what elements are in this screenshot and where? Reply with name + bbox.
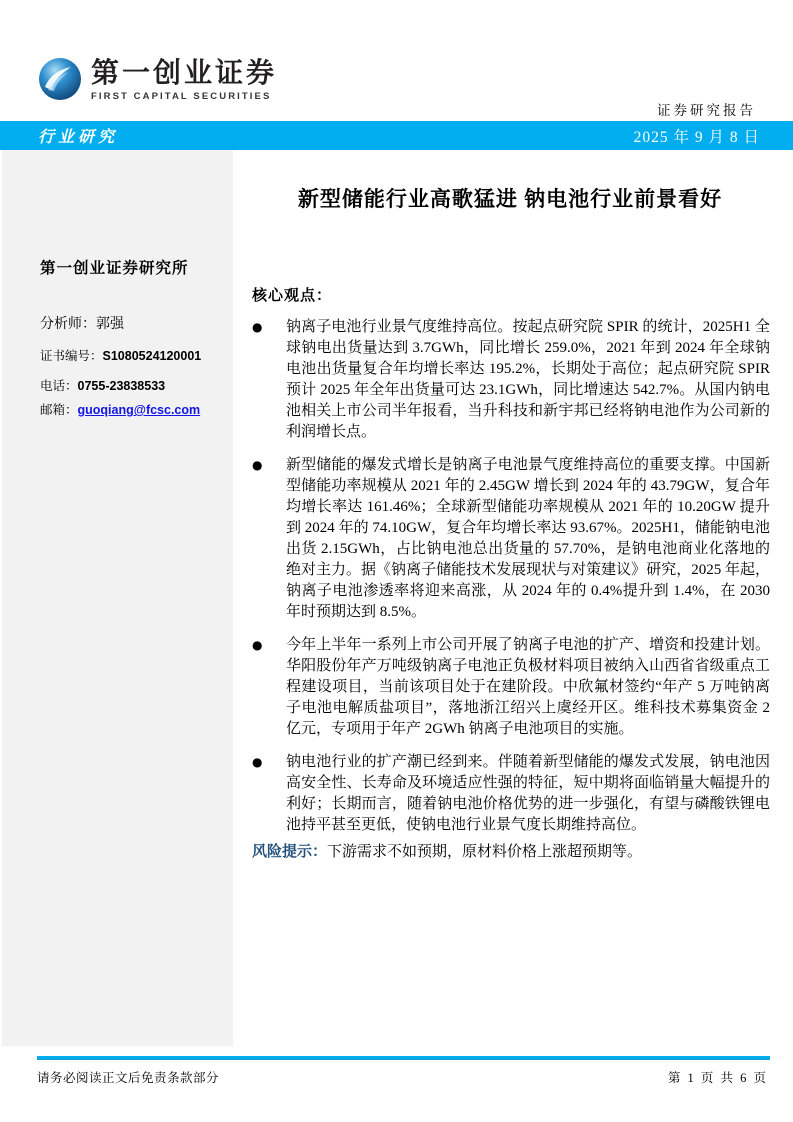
phone-number: 0755-23838533 <box>78 379 166 393</box>
company-logo: 第一创业证券 FIRST CAPITAL SECURITIES <box>38 57 277 102</box>
cert-number: S1080524120001 <box>103 349 202 363</box>
list-item: ● 钠离子电池行业景气度维持高位。按起点研究院 SPIR 的统计，2025H1 … <box>252 317 770 443</box>
analyst-sidebar: 第一创业证券研究所 分析师：郭强 证书编号：S1080524120001 电话：… <box>2 150 233 1046</box>
bullet-text: 新型储能的爆发式增长是钠离子电池景气度维持高位的重要支撑。中国新型储能功率规模从… <box>286 455 770 623</box>
bullet-text: 今年上半年一系列上市公司开展了钠离子电池的扩产、增资和投建计划。华阳股份年产万吨… <box>286 635 770 740</box>
bullet-icon: ● <box>252 455 286 623</box>
email-label: 邮箱： <box>40 403 78 417</box>
list-item: ● 新型储能的爆发式增长是钠离子电池景气度维持高位的重要支撑。中国新型储能功率规… <box>252 455 770 623</box>
category-label: 行业研究 <box>38 124 118 147</box>
analyst-name: 郭强 <box>96 317 124 332</box>
phone-label: 电话： <box>40 379 78 393</box>
logo-wordmark: 第一创业证券 FIRST CAPITAL SECURITIES <box>91 57 277 102</box>
risk-label: 风险提示： <box>252 844 327 860</box>
list-item: ● 今年上半年一系列上市公司开展了钠离子电池的扩产、增资和投建计划。华阳股份年产… <box>252 635 770 740</box>
analyst-email-link[interactable]: guoqiang@fcsc.com <box>78 403 201 417</box>
email-line: 邮箱：guoqiang@fcsc.com <box>40 400 200 418</box>
cert-label: 证书编号： <box>40 349 103 363</box>
report-title: 新型储能行业高歌猛进 钠电池行业前景看好 <box>250 183 770 213</box>
footer-divider <box>37 1056 770 1060</box>
report-type-label: 证券研究报告 <box>657 99 756 119</box>
institute-name: 第一创业证券研究所 <box>40 256 189 278</box>
analyst-label: 分析师： <box>40 317 96 332</box>
footer-disclaimer: 请务必阅读正文后免责条款部分 <box>37 1068 219 1086</box>
logo-english-name: FIRST CAPITAL SECURITIES <box>91 91 277 102</box>
core-views-list: ● 钠离子电池行业景气度维持高位。按起点研究院 SPIR 的统计，2025H1 … <box>252 317 770 848</box>
list-item: ● 钠电池行业的扩产潮已经到来。伴随着新型储能的爆发式发展，钠电池因高安全性、长… <box>252 752 770 836</box>
phone-line: 电话：0755-23838533 <box>40 376 165 394</box>
report-page: 第一创业证券 FIRST CAPITAL SECURITIES 证券研究报告 行… <box>0 0 793 1122</box>
bullet-icon: ● <box>252 635 286 740</box>
cert-line: 证书编号：S1080524120001 <box>40 346 201 364</box>
core-views-heading: 核心观点： <box>252 284 332 305</box>
risk-statement: 风险提示：下游需求不如预期，原材料价格上涨超预期等。 <box>252 841 770 863</box>
category-bar: 行业研究 2025 年 9 月 8 日 <box>0 121 793 150</box>
logo-chinese-name: 第一创业证券 <box>91 59 277 89</box>
globe-logo-icon <box>38 57 82 101</box>
analyst-line: 分析师：郭强 <box>40 313 124 333</box>
page-number: 第 1 页 共 6 页 <box>668 1068 768 1086</box>
bullet-icon: ● <box>252 317 286 443</box>
bullet-text: 钠电池行业的扩产潮已经到来。伴随着新型储能的爆发式发展，钠电池因高安全性、长寿命… <box>286 752 770 836</box>
risk-text: 下游需求不如预期，原材料价格上涨超预期等。 <box>327 844 642 860</box>
bullet-icon: ● <box>252 752 286 836</box>
bullet-text: 钠离子电池行业景气度维持高位。按起点研究院 SPIR 的统计，2025H1 全球… <box>286 317 770 443</box>
report-date: 2025 年 9 月 8 日 <box>634 125 760 147</box>
